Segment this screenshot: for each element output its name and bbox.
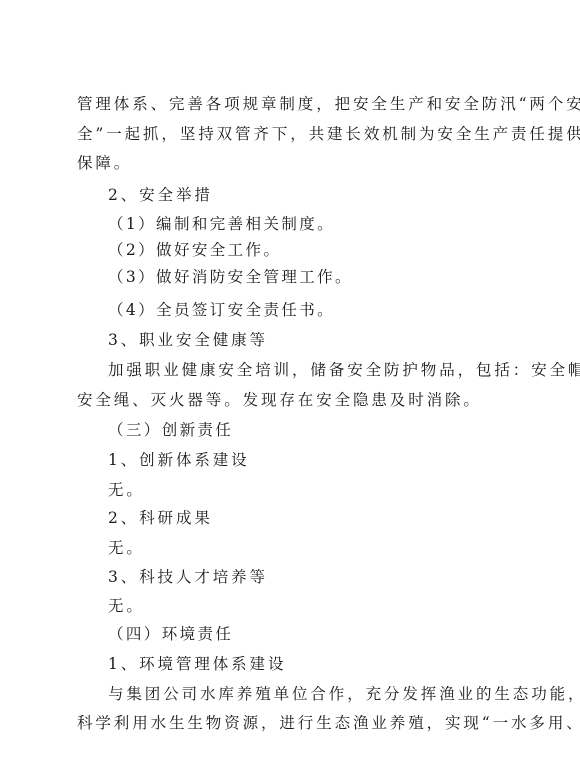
list-item: （4）全员签订安全责任书。 — [108, 300, 335, 320]
paragraph-line: 无。 — [108, 480, 145, 500]
subheading-safety-measures: 2、安全举措 — [108, 185, 213, 205]
subheading: 3、科技人才培养等 — [108, 567, 268, 587]
paragraph-line: 无。 — [108, 596, 145, 616]
paragraph-line: 加强职业健康安全培训，储备安全防护物品，包括：安全帽、 — [108, 360, 580, 380]
section-heading-innovation: （三）创新责任 — [108, 420, 233, 440]
subheading-occupational-safety: 3、职业安全健康等 — [108, 330, 268, 350]
paragraph-line: 科学利用水生生物资源，进行生态渔业养殖，实现“一水多用、 — [77, 713, 580, 733]
subheading: 1、环境管理体系建设 — [108, 654, 286, 674]
subheading: 1、创新体系建设 — [108, 450, 250, 470]
paragraph-line: 全”一起抓，坚持双管齐下，共建长效机制为安全生产责任提供 — [77, 124, 580, 144]
subheading: 2、科研成果 — [108, 508, 213, 528]
paragraph-line: 管理体系、完善各项规章制度，把安全生产和安全防汛“两个安 — [77, 94, 580, 114]
paragraph-line: 保障。 — [77, 153, 132, 173]
list-item: （3）做好消防安全管理工作。 — [108, 267, 353, 287]
paragraph-line: 安全绳、灭火器等。发现存在安全隐患及时消除。 — [77, 390, 482, 410]
paragraph-line: 与集团公司水库养殖单位合作，充分发挥渔业的生态功能， — [108, 684, 580, 704]
section-heading-environment: （四）环境责任 — [108, 624, 233, 644]
list-item: （2）做好安全工作。 — [108, 240, 281, 260]
paragraph-line: 无。 — [108, 538, 145, 558]
list-item: （1）编制和完善相关制度。 — [108, 214, 335, 234]
document-page: 管理体系、完善各项规章制度，把安全生产和安全防汛“两个安 全”一起抓，坚持双管齐… — [0, 0, 580, 780]
